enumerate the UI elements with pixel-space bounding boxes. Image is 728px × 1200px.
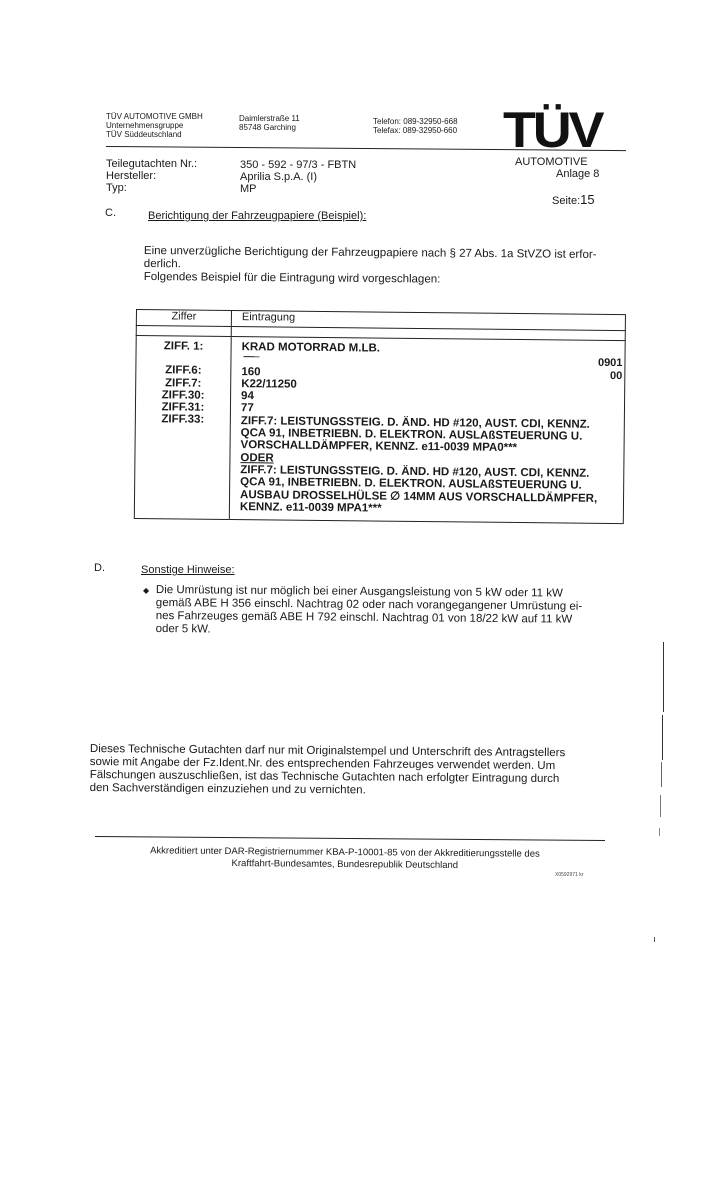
contact-line: Telefon: 089-32950-668 [373, 117, 458, 126]
address-line: Daimlerstraße 11 [239, 114, 300, 123]
scan-artifact [662, 715, 663, 760]
section-d-bullet-text: Die Umrüstung ist nur möglich bei einer … [156, 584, 583, 640]
anlage-label: Anlage 8 [556, 168, 599, 180]
eintragung-text: 160 [241, 366, 260, 378]
column-header-ziffer: Ziffer [136, 310, 231, 327]
ziffer-cell: ZIFF.33: [136, 413, 230, 426]
tuv-logo: TÜV [503, 108, 601, 152]
section-d-letter: D. [94, 562, 105, 574]
company-line: TÜV Süddeutschland [106, 130, 203, 139]
scan-artifact [663, 642, 664, 712]
seite-label: Seite: [552, 195, 580, 207]
address-block: Daimlerstraße 11 85748 Garching [239, 114, 300, 132]
ziffer-cell: ZIFF.30: [136, 389, 230, 402]
typ-value: MP [240, 183, 356, 195]
section-c-paragraph: Eine unverzügliche Berichtigung der Fahr… [144, 245, 597, 288]
footer-reference: X0592971 kr [555, 872, 583, 878]
meta-labels: Teilegutachten Nr.: Hersteller: Typ: [106, 158, 197, 194]
meta-values: 350 - 592 - 97/3 - FBTN Aprilia S.p.A. (… [240, 159, 356, 195]
page-number: Seite:15 [552, 194, 595, 207]
contact-line: Telefax: 089-32950-660 [373, 126, 458, 135]
footer-accreditation: Akkreditiert unter DAR-Registriernummer … [115, 845, 575, 873]
ziffer-cell: ZIFF.31: [136, 401, 230, 414]
company-block: TÜV AUTOMOTIVE GMBH Unternehmensgruppe T… [106, 112, 203, 139]
scan-artifact [654, 937, 655, 942]
paragraph-line: Folgendes Beispiel für die Eintragung wi… [144, 271, 597, 288]
hersteller-value: Aprilia S.p.A. (I) [240, 171, 356, 183]
code-value: 0901 [598, 357, 623, 370]
entries-table: Ziffer Eintragung ZIFF. 1: ZIFF.6: ZIFF.… [134, 309, 626, 524]
table-row: ZIFF. 1: ZIFF.6: ZIFF.7: ZIFF.30: ZIFF.3… [134, 336, 625, 524]
code-value: 00 [610, 370, 622, 382]
scan-artifact [661, 762, 662, 787]
meta-label: Hersteller: [106, 170, 197, 182]
meta-label: Teilegutachten Nr.: [106, 158, 197, 170]
teilegutachten-number: 350 - 592 - 97/3 - FBTN [240, 159, 356, 171]
contact-block: Telefon: 089-32950-668 Telefax: 089-3295… [373, 117, 458, 135]
notice-paragraph: Dieses Technische Gutachten darf nur mit… [90, 743, 566, 799]
footer-divider [95, 836, 605, 841]
dash-mark [241, 354, 271, 362]
company-line: Unternehmensgruppe [106, 121, 203, 130]
section-d-title: Sonstige Hinweise: [141, 564, 235, 576]
address-line: 85748 Garching [239, 123, 300, 132]
ziffer-column: ZIFF. 1: ZIFF.6: ZIFF.7: ZIFF.30: ZIFF.3… [134, 336, 231, 520]
seite-value: 15 [580, 192, 594, 207]
ziffer-cell [136, 352, 230, 365]
meta-label: Typ: [106, 182, 197, 194]
scan-artifact [659, 828, 660, 836]
company-line: TÜV AUTOMOTIVE GMBH [106, 112, 203, 121]
section-c-letter: C. [105, 207, 116, 219]
eintragung-column: KRAD MOTORRAD M.LB. 0901 160 00 K22/1125… [229, 336, 625, 523]
bullet-icon: ◆ [143, 586, 149, 595]
logo-subtitle: AUTOMOTIVE [515, 156, 588, 168]
ziffer-cell: ZIFF.7: [136, 377, 230, 390]
eintragung-text: KRAD MOTORRAD M.LB. [242, 341, 381, 354]
ziffer-cell: ZIFF. 1: [137, 340, 231, 353]
ziffer-cell: ZIFF.6: [136, 364, 230, 377]
document-page: TÜV AUTOMOTIVE GMBH Unternehmensgruppe T… [0, 0, 728, 1200]
scan-artifact [660, 795, 661, 817]
section-c-title: Berichtigung der Fahrzeugpapiere (Beispi… [148, 210, 366, 222]
